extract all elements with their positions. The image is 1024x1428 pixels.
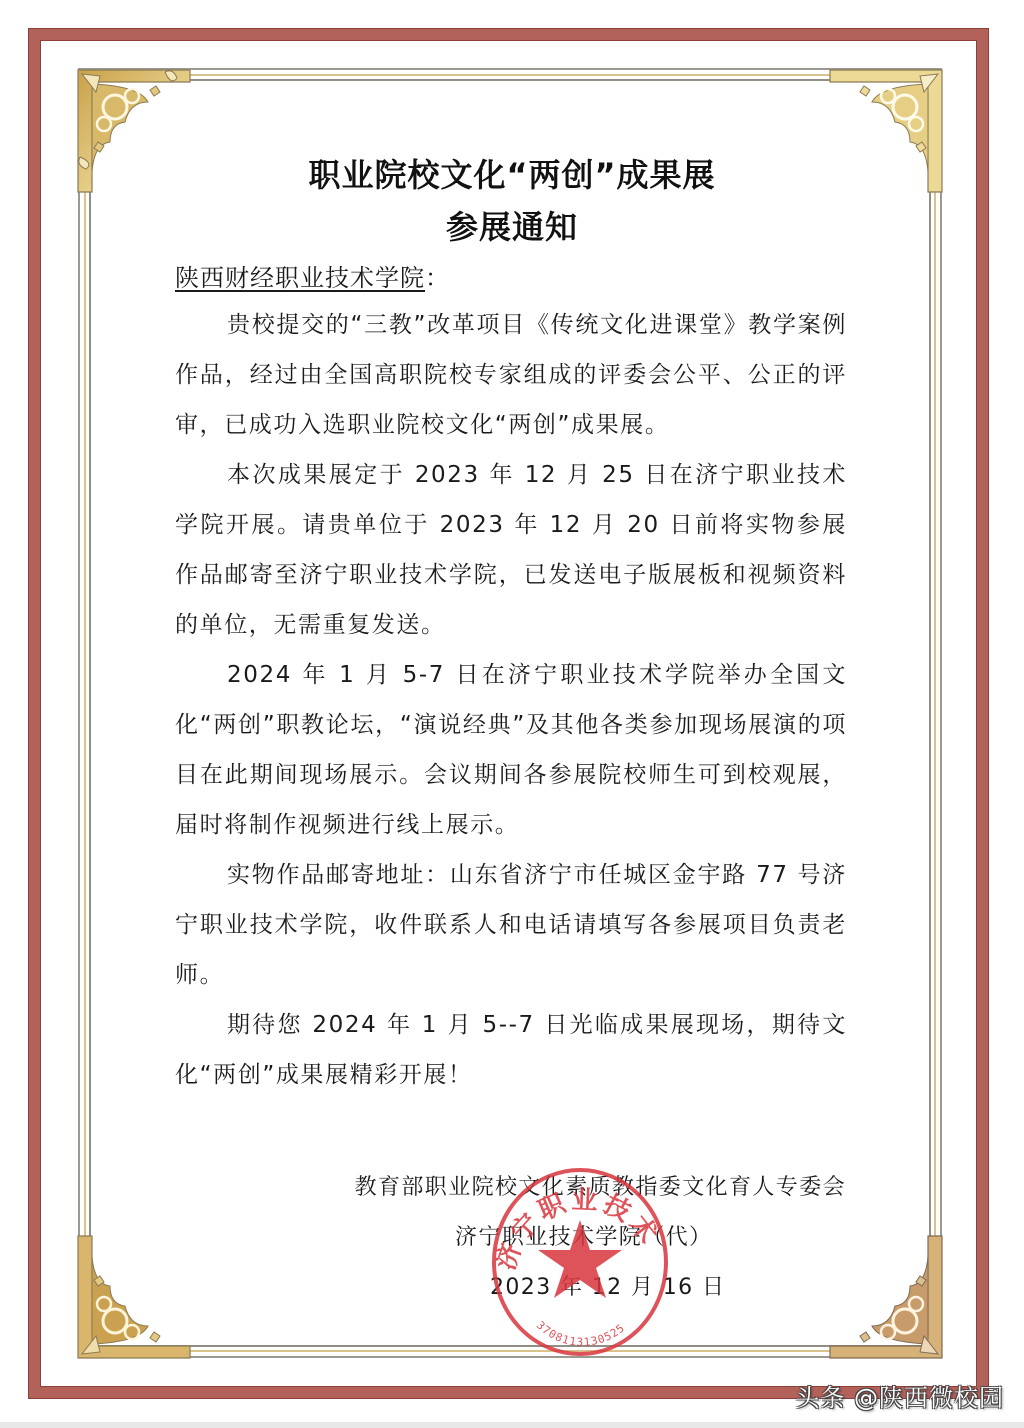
paragraph-exhibition-schedule: 本次成果展定于 2023 年 12 月 25 日在济宁职业技术学院开展。请贵单位… (175, 450, 847, 650)
document-body: 贵校提交的“三教”改革项目《传统文化进课堂》教学案例作品，经过由全国高职院校专家… (175, 300, 847, 1100)
ornament-corner-bottom-left-icon (70, 1226, 210, 1366)
paragraph-forum-info: 2024 年 1 月 5-7 日在济宁职业技术学院举办全国文化“两创”职教论坛，… (175, 650, 847, 850)
document-subtitle: 参展通知 (0, 202, 1024, 248)
paragraph-closing: 期待您 2024 年 1 月 5--7 日光临成果展现场，期待文化“两创”成果展… (175, 1000, 847, 1100)
signature-issuer: 教育部职业院校文化素质教指委文化育人专委会 (355, 1170, 846, 1201)
paragraph-mailing-address: 实物作品邮寄地址：山东省济宁市任城区金宇路 77 号济宁职业技术学院，收件联系人… (175, 850, 847, 1000)
source-watermark: 头条 @陕西微校园 (795, 1378, 1004, 1413)
salutation-colon: ： (425, 264, 450, 292)
document-title: 职业院校文化“两创”成果展 (0, 150, 1024, 196)
ornament-corner-bottom-right-icon (810, 1226, 950, 1366)
paragraph-selection-notice: 贵校提交的“三教”改革项目《传统文化进课堂》教学案例作品，经过由全国高职院校专家… (175, 300, 847, 450)
page-bottom-edge (0, 1422, 1024, 1428)
recipient-organization: 陕西财经职业技术学院 (175, 264, 425, 292)
signature-date: 2023 年 12 月 16 日 (490, 1270, 725, 1301)
signature-agent: 济宁职业技术学院（代） (455, 1220, 712, 1251)
salutation: 陕西财经职业技术学院： (175, 258, 450, 293)
